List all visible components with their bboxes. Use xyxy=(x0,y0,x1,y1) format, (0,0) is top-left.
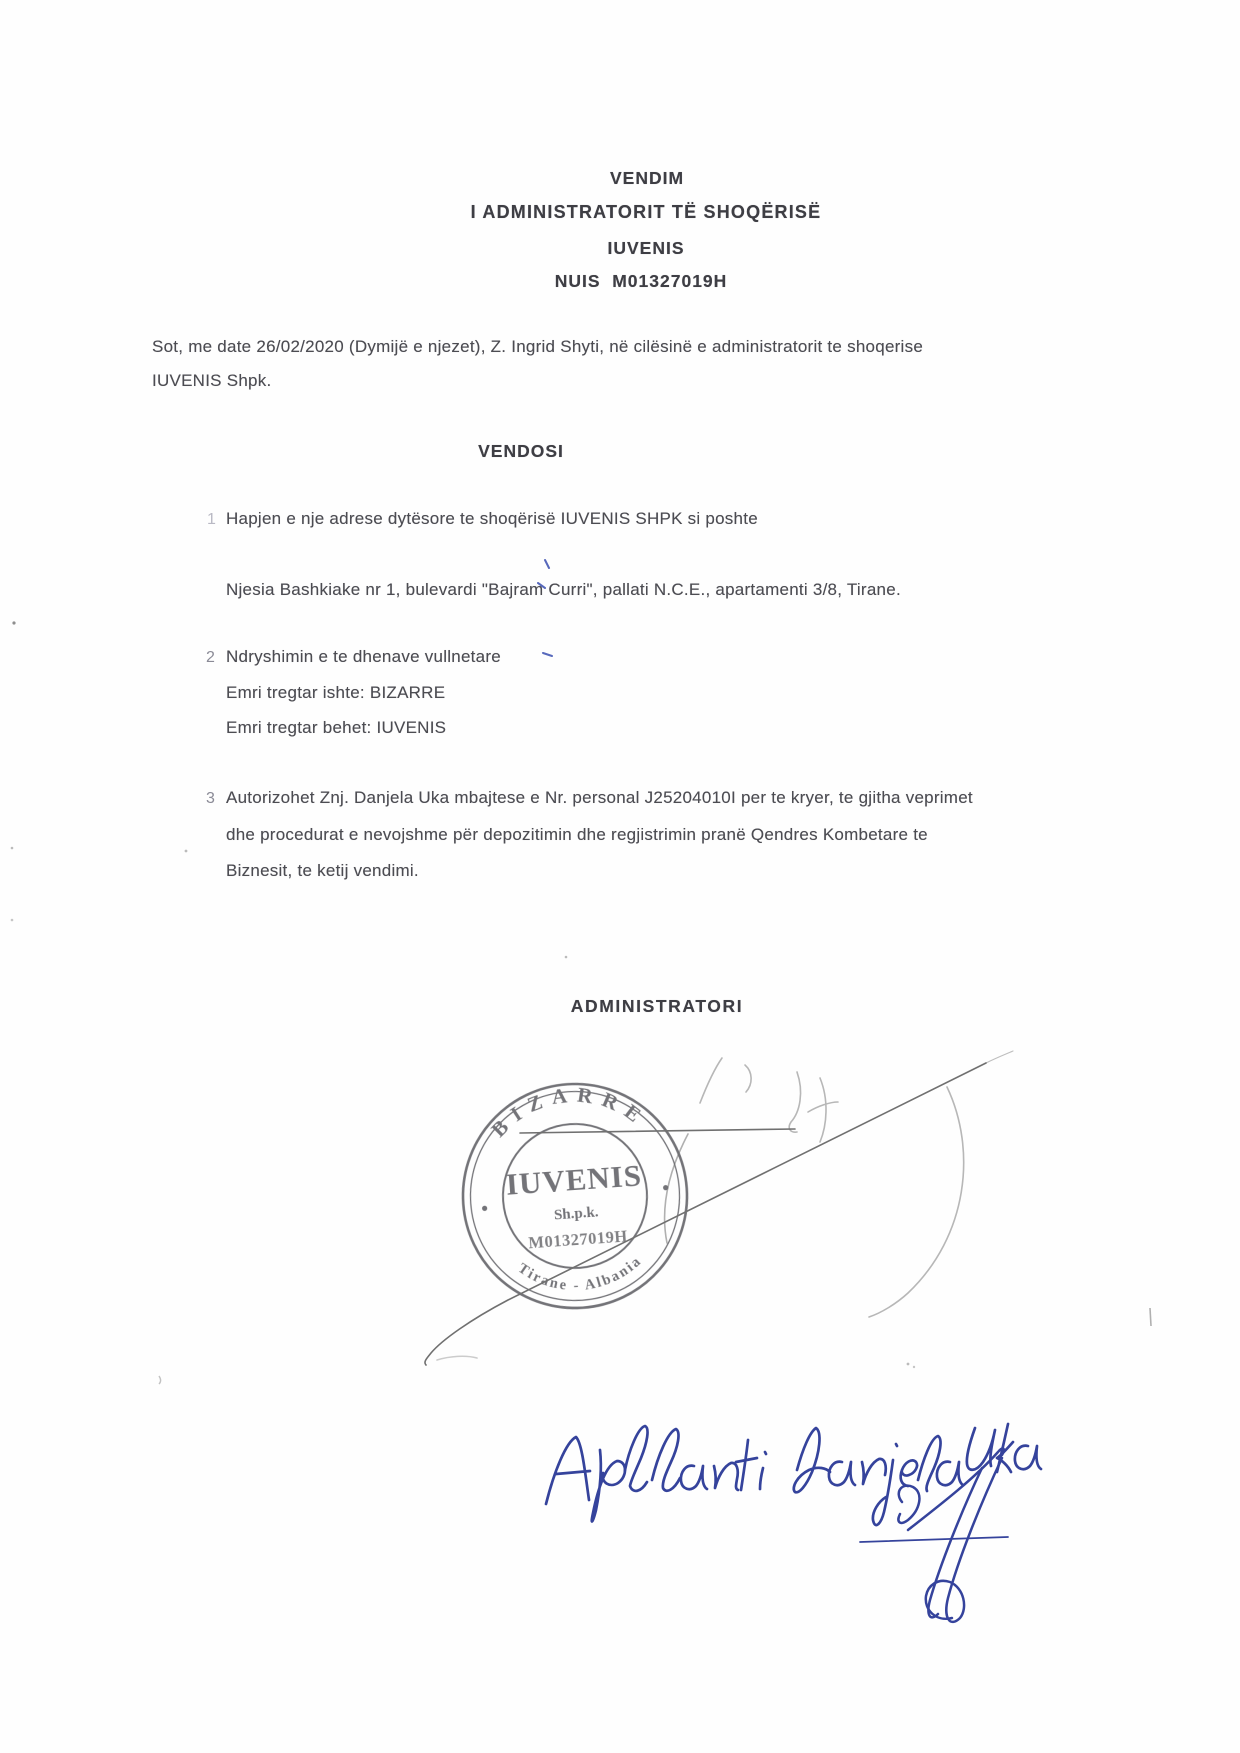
stamp-left-dot xyxy=(482,1206,488,1212)
hw-stroke xyxy=(714,1463,738,1490)
sig-stroke xyxy=(898,1486,919,1523)
noise-mark xyxy=(1150,1308,1151,1326)
pen-squiggle-3 xyxy=(789,1072,800,1132)
item1-text: Hapjen e nje adrese dytësore te shoqëris… xyxy=(226,509,758,529)
item3-number: 3 xyxy=(206,790,215,808)
item2-line-3: Emri tregtar behet: IUVENIS xyxy=(226,718,446,738)
intro-line-2: IUVENIS Shpk. xyxy=(152,371,271,391)
noise-dot xyxy=(185,850,188,853)
company-stamp: BIZARRE Tirane - Albania IUVENIS Sh.p.k.… xyxy=(455,1075,694,1315)
sig-strike-line xyxy=(860,1537,1008,1542)
hw-stroke xyxy=(873,1444,897,1525)
noise-dot xyxy=(11,919,14,922)
pen-squiggle-1 xyxy=(700,1058,722,1103)
hw-stroke xyxy=(652,1429,680,1491)
ink-overlay: BIZARRE Tirane - Albania IUVENIS Sh.p.k.… xyxy=(0,0,1240,1753)
hw-stroke xyxy=(1015,1446,1041,1469)
administrator-heading: ADMINISTRATORI xyxy=(571,996,743,1017)
stamp-top-arc-text: BIZARRE xyxy=(484,1077,654,1143)
hw-stroke xyxy=(681,1466,707,1489)
hw-stroke xyxy=(625,1426,648,1491)
pen-horizontal-line xyxy=(520,1129,795,1133)
document-page: VENDIM I ADMINISTRATORIT TË SHOQËRISË IU… xyxy=(0,0,1240,1753)
doc-nuis: NUIS M01327019H xyxy=(555,271,728,292)
stamp-company-form: Sh.p.k. xyxy=(553,1204,599,1223)
item3-line-3: Biznesit, te ketij vendimi. xyxy=(226,861,419,881)
item2-number: 2 xyxy=(206,649,215,667)
noise-dot xyxy=(913,1366,915,1368)
noise-dot xyxy=(12,621,15,624)
item1-number: 1 xyxy=(207,511,216,529)
intro-line-1: Sot, me date 26/02/2020 (Dymijë e njezet… xyxy=(152,337,923,357)
pen-squiggle-2 xyxy=(745,1065,751,1092)
pen-squiggle-4 xyxy=(808,1078,838,1142)
stamp-nuis: M01327019H xyxy=(528,1226,629,1252)
decision-heading: VENDOSI xyxy=(478,441,564,462)
pen-scribble xyxy=(425,1051,1013,1365)
hw-stroke xyxy=(937,1462,963,1485)
pen-long-diagonal xyxy=(425,1063,986,1365)
pen-right-curve xyxy=(869,1087,964,1317)
item1-address: Njesia Bashkiake nr 1, bulevardi "Bajram… xyxy=(226,580,901,600)
handwritten-name xyxy=(546,1424,1041,1525)
hw-stroke xyxy=(862,1459,886,1484)
doc-company-name: IUVENIS xyxy=(607,238,684,259)
item3-line-1: Autorizohet Znj. Danjela Uka mbajtese e … xyxy=(226,788,973,808)
sig-stroke xyxy=(908,1448,1004,1530)
stamp-inner-ring xyxy=(498,1119,652,1273)
sig-stroke xyxy=(926,1458,1002,1622)
item2-line-2: Emri tregtar ishte: BIZARRE xyxy=(226,683,445,703)
pen-tail-wisp xyxy=(437,1356,477,1360)
hw-stroke xyxy=(901,1460,917,1486)
pen-inner-arc xyxy=(665,1134,688,1243)
blue-tick xyxy=(543,653,552,656)
noise-dot xyxy=(907,1363,910,1366)
hw-stroke xyxy=(546,1437,590,1504)
noise-dot xyxy=(11,847,14,850)
hw-stroke xyxy=(997,1424,1013,1472)
hw-stroke xyxy=(592,1450,625,1521)
item3-line-2: dhe procedurat e nevojshme për depozitim… xyxy=(226,825,928,845)
hw-stroke xyxy=(967,1428,995,1470)
stamp-company-name: IUVENIS xyxy=(505,1157,643,1201)
item2-line-1: Ndryshimin e te dhenave vullnetare xyxy=(226,647,501,667)
stamp-inner-outer-ring xyxy=(463,1084,686,1307)
noise-mark xyxy=(159,1376,161,1384)
stamp-outer-ring xyxy=(455,1076,694,1315)
signature-flourish xyxy=(860,1448,1008,1621)
hw-stroke xyxy=(794,1428,830,1492)
doc-subtitle: I ADMINISTRATORIT TË SHOQËRISË xyxy=(471,202,822,223)
pen-diagonal-feather xyxy=(986,1051,1013,1063)
hw-stroke xyxy=(918,1436,941,1491)
doc-title: VENDIM xyxy=(610,168,684,189)
sig-stroke xyxy=(928,1468,982,1617)
noise-dot xyxy=(565,956,568,959)
stamp-bottom-arc-text: Tirane - Albania xyxy=(514,1252,647,1298)
hw-stroke xyxy=(829,1462,855,1485)
hw-stroke xyxy=(736,1440,757,1490)
blue-tick xyxy=(545,560,549,568)
blue-ink-ticks xyxy=(538,560,552,656)
stamp-right-dot xyxy=(663,1185,669,1191)
hw-stroke xyxy=(760,1452,766,1489)
